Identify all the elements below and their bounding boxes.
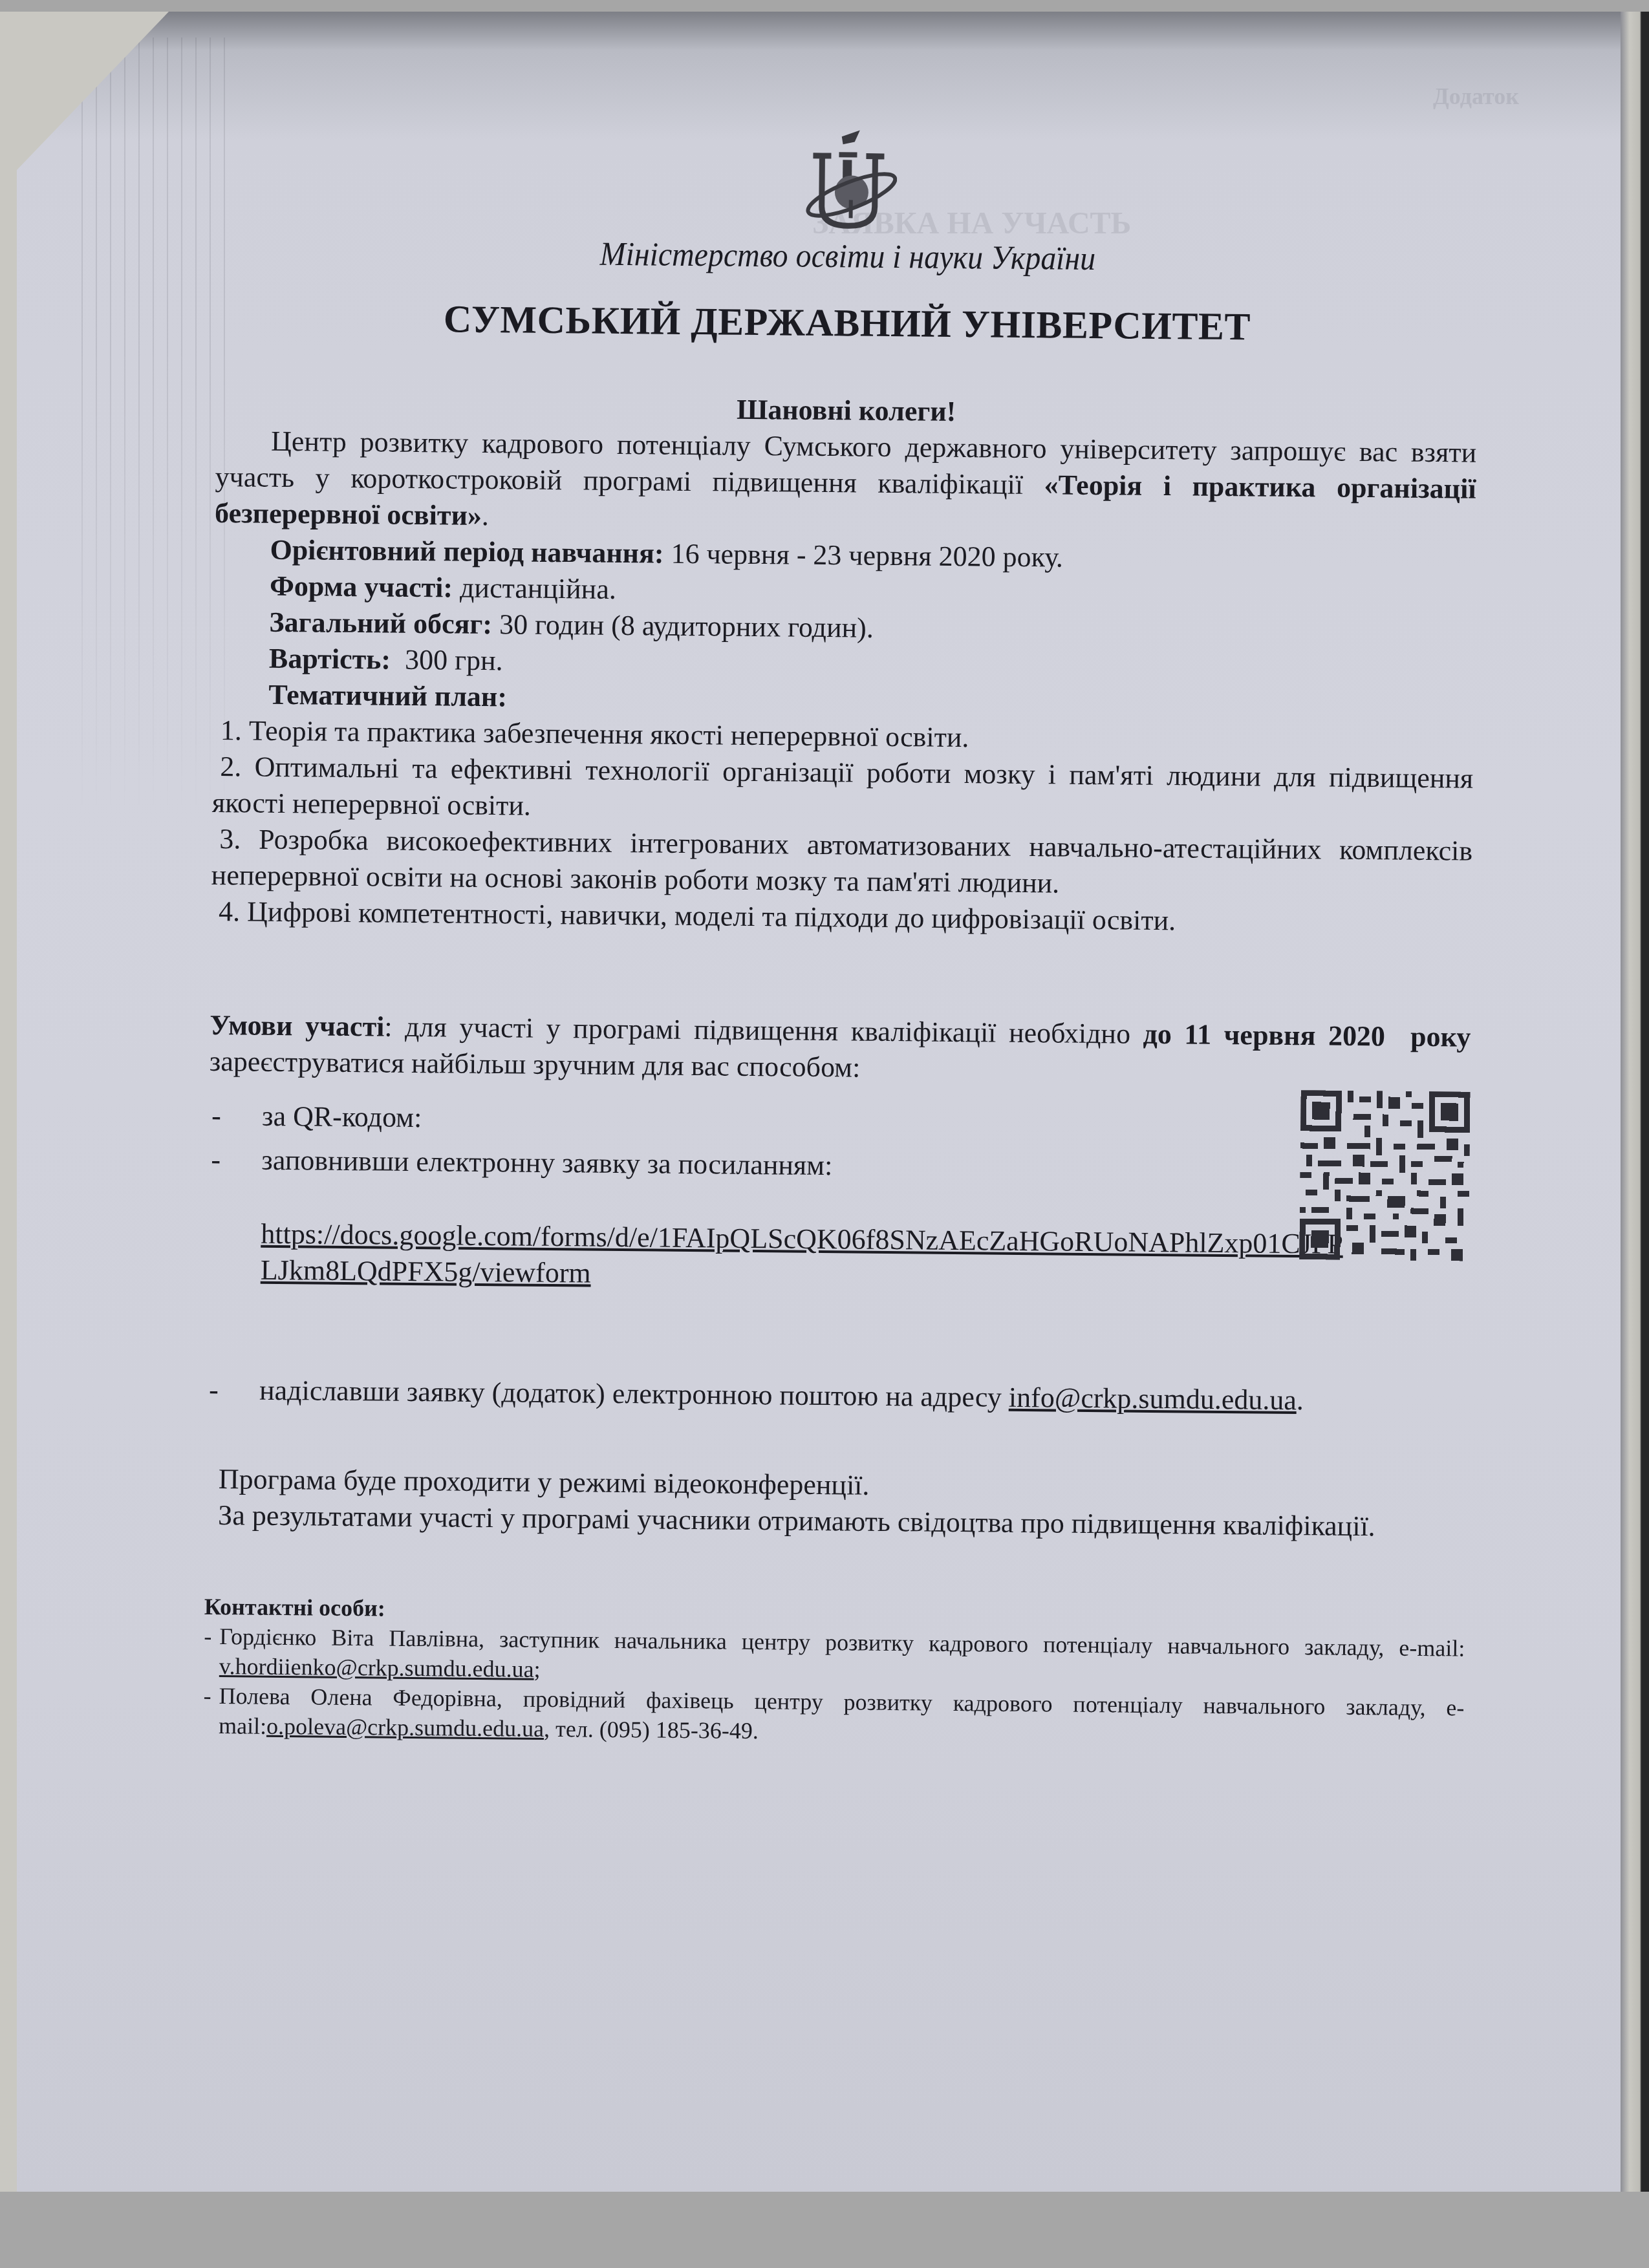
registration-methods: - за QR-кодом: - заповнивши електронну з… <box>206 1098 1471 1420</box>
closing-notes: Програма буде проходити у режимі відеоко… <box>205 1461 1467 1546</box>
contact-item: - Полева Олена Федорівна, провідний фахі… <box>203 1681 1465 1753</box>
registration-form-link[interactable]: https://docs.google.com/forms/d/e/1FAIpQ… <box>261 1218 1343 1289</box>
intro-paragraph: Центр розвитку кадрового потенціалу Сумс… <box>215 423 1477 544</box>
form-link-block: https://docs.google.com/forms/d/e/1FAIpQ… <box>208 1215 1361 1299</box>
bleed-through-text: Додаток <box>1433 83 1519 110</box>
qr-code-icon[interactable] <box>1299 1090 1471 1261</box>
page-edge <box>1621 12 1649 2192</box>
method-email: - надіславши заявку (додаток) електронно… <box>206 1372 1467 1420</box>
program-details: Орієнтовний період навчання: 16 червня -… <box>213 531 1476 725</box>
ministry-name: Міністерство освіти і науки України <box>268 231 1428 283</box>
document-body: Міністерство освіти і науки України СУМС… <box>203 116 1480 1753</box>
method-qr: - за QR-кодом: <box>209 1098 1470 1146</box>
thematic-plan: 1. Теорія та практика забезпечення якост… <box>211 712 1474 942</box>
contacts-section: Контактні особи: - Гордієнко Віта Павлів… <box>203 1592 1465 1753</box>
conditions-label: Умови участі <box>210 1009 384 1043</box>
university-name: СУМСЬКИЙ ДЕРЖАВНИЙ УНІВЕРСИТЕТ <box>217 294 1478 352</box>
conditions-paragraph: Умови участі: для участі у програмі підв… <box>210 1007 1471 1092</box>
contact-email-link[interactable]: v.hordiienko@crkp.sumdu.edu.ua <box>219 1653 534 1682</box>
plan-item: 2. Оптимальні та ефективні технології ор… <box>212 749 1474 833</box>
contact-email-link[interactable]: o.poleva@crkp.sumdu.edu.ua <box>266 1713 544 1742</box>
sumdu-logo-icon <box>799 122 898 233</box>
method-form: - заповнивши електронну заявку за посила… <box>208 1142 1469 1190</box>
plan-item: 3. Розробка високоефективних інтегровани… <box>211 821 1472 906</box>
registration-deadline: до 11 червня 2020 року <box>1143 1018 1471 1053</box>
info-email-link[interactable]: info@crkp.sumdu.edu.ua <box>1009 1382 1297 1416</box>
